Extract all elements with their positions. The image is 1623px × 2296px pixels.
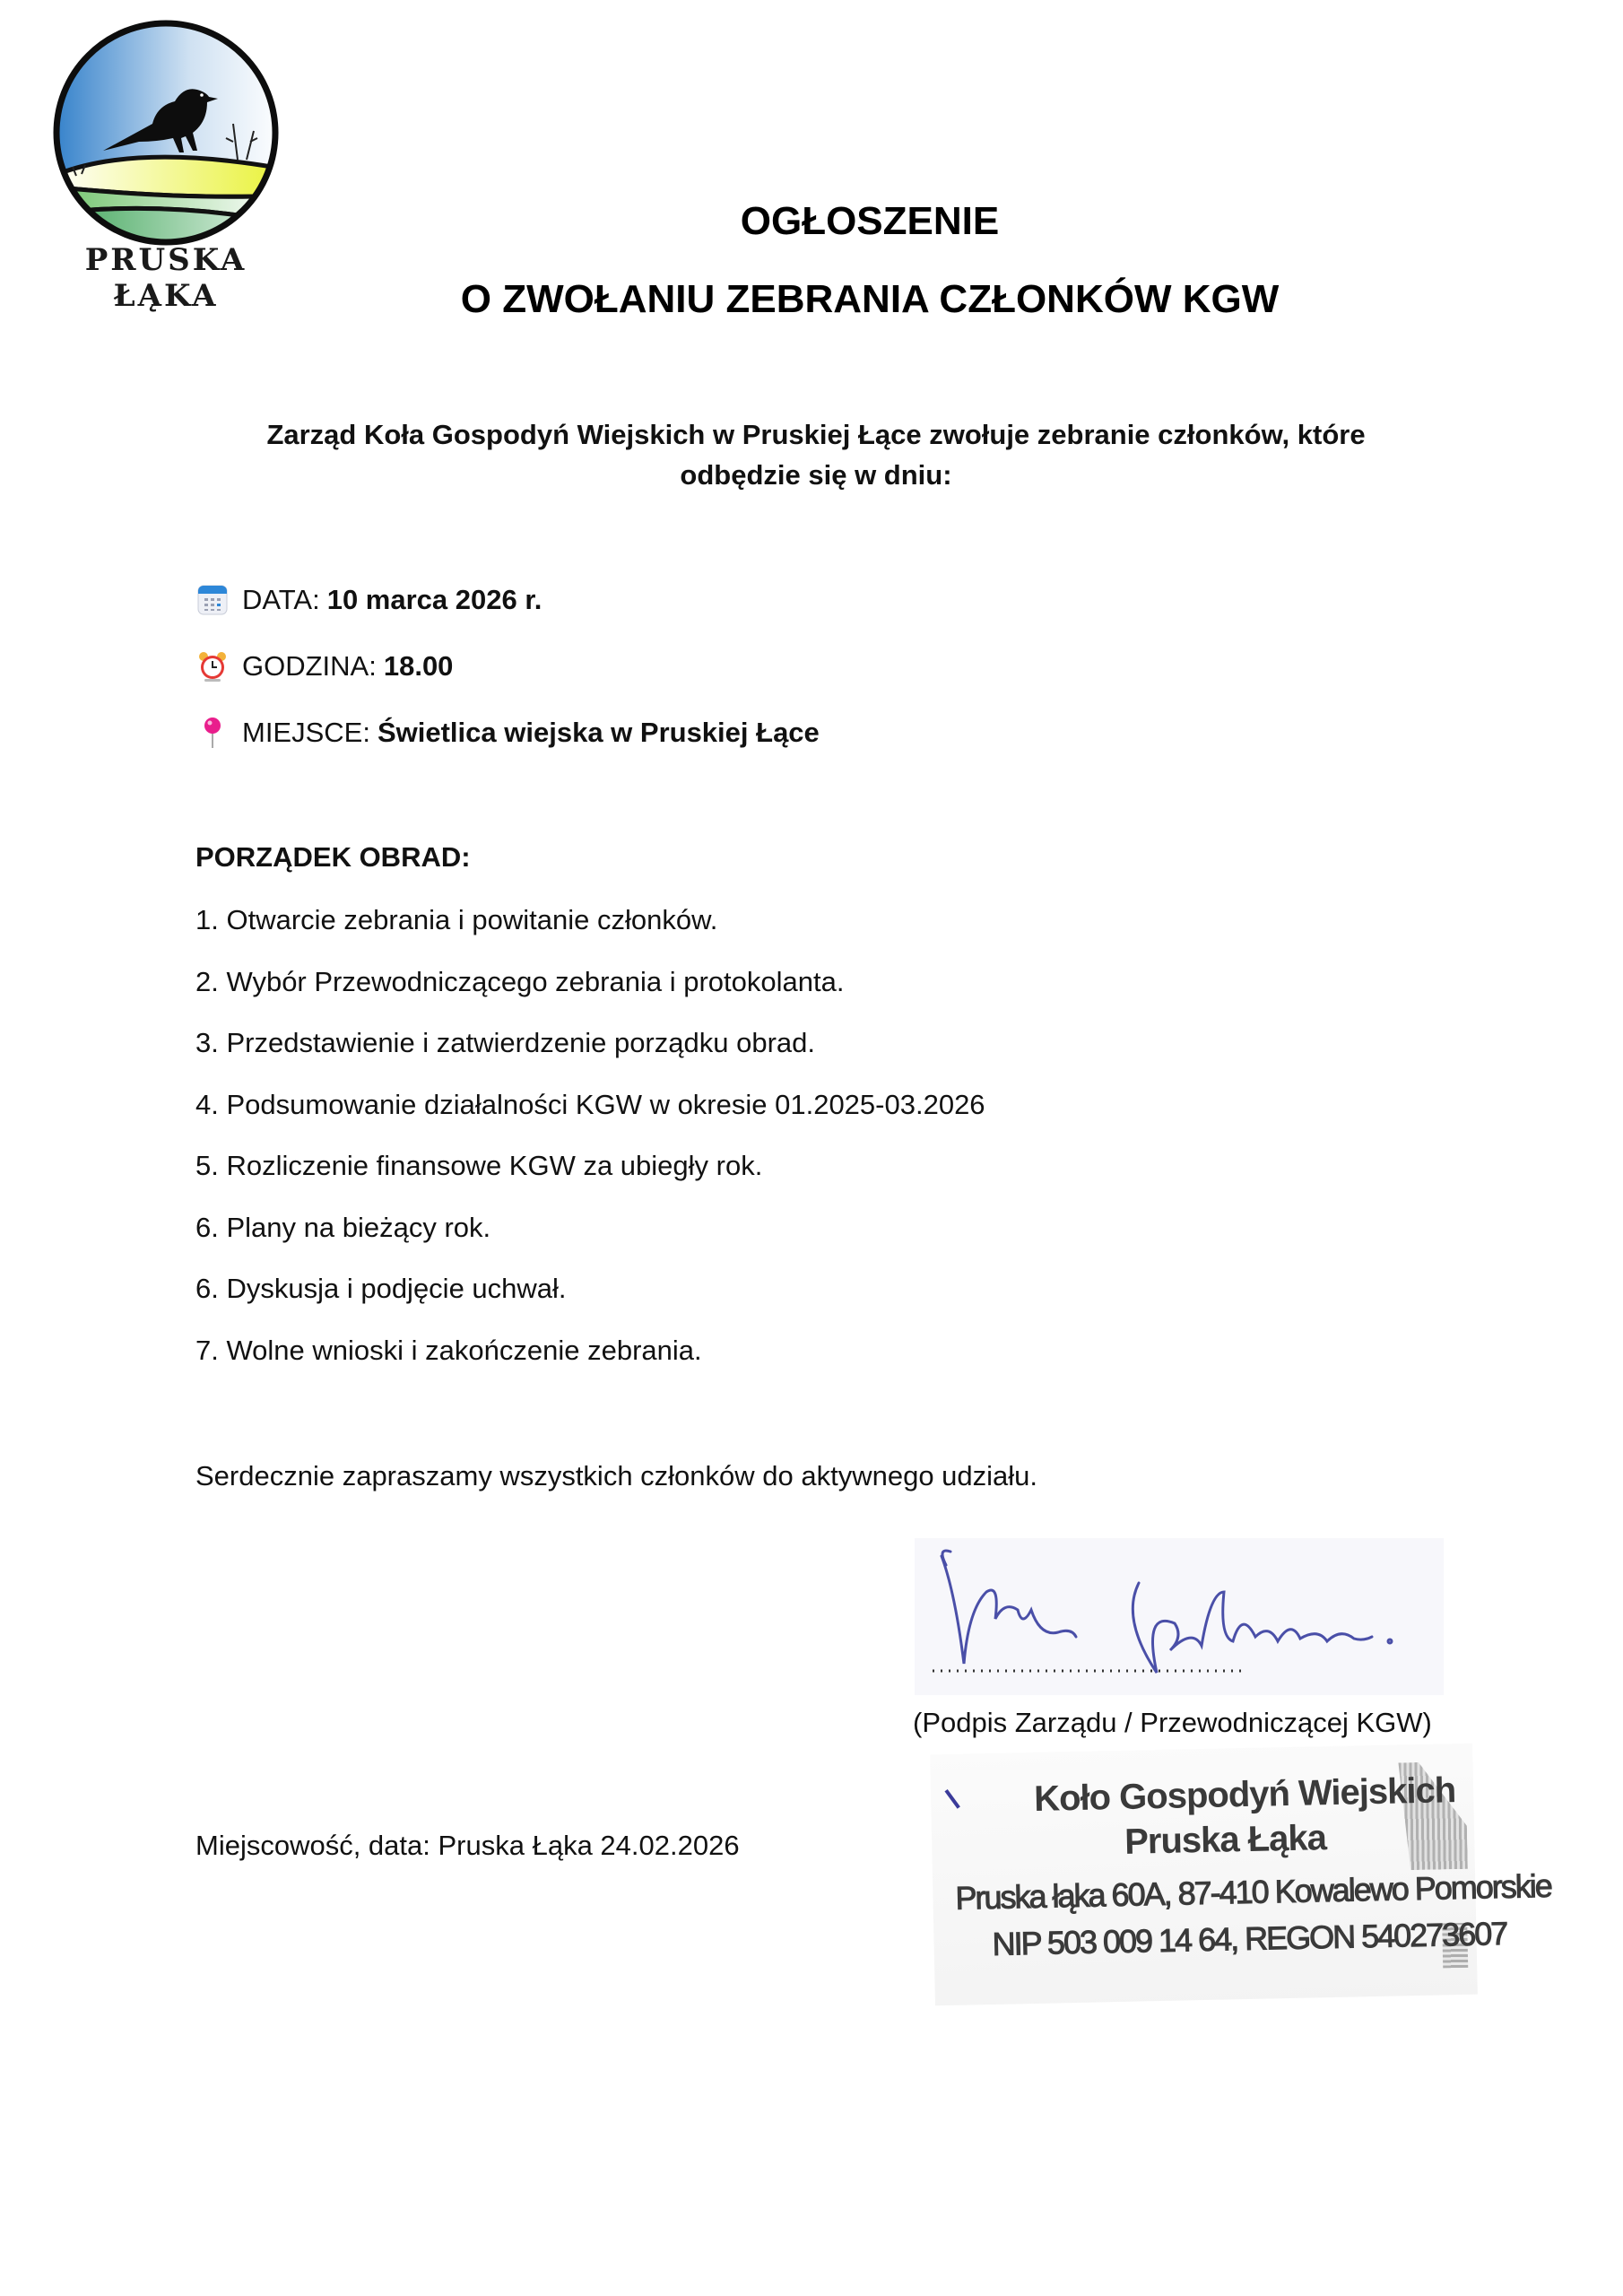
signature-scribble-icon [915, 1538, 1444, 1695]
stamp-line-1: Koło Gospodyń Wiejskich [1034, 1770, 1456, 1820]
agenda-item: 5. Rozliczenie finansowe KGW za ubiegły … [195, 1150, 762, 1182]
meeting-place-label: MIEJSCE: [242, 717, 370, 749]
stamp-line-3: Pruska łąka 60A, 87-410 Kowalewo Pomorsk… [955, 1867, 1551, 1918]
meeting-date-value: 10 marca 2026 r. [327, 584, 542, 616]
intro-line-2: odbędzie się w dniu: [242, 455, 1390, 495]
agenda-item: 1. Otwarcie zebrania i powitanie członkó… [195, 904, 717, 936]
page-title: OGŁOSZENIE [0, 199, 1623, 244]
stamp-line-2: Pruska Łąka [1124, 1818, 1327, 1863]
intro-line-1: Zarząd Koła Gospodyń Wiejskich w Pruskie… [242, 414, 1390, 455]
stamp-line-4: NIP 503 009 14 64, REGON 540273607 [992, 1915, 1507, 1963]
ink-mark [944, 1789, 959, 1809]
calendar-icon [195, 583, 230, 617]
signature-caption: (Podpis Zarządu / Przewodniczącej KGW) [913, 1707, 1432, 1739]
organization-stamp: Koło Gospodyń Wiejskich Pruska Łąka Prus… [930, 1744, 1478, 2006]
agenda-item: 6. Dyskusja i podjęcie uchwał. [195, 1273, 567, 1305]
agenda-heading: PORZĄDEK OBRAD: [195, 841, 471, 874]
agenda-item: 7. Wolne wnioski i zakończenie zebrania. [195, 1335, 702, 1367]
place-and-date: Miejscowość, data: Pruska Łąka 24.02.202… [195, 1830, 740, 1862]
agenda-item: 3. Przedstawienie i zatwierdzenie porząd… [195, 1027, 815, 1059]
agenda-item: 6. Plany na bieżący rok. [195, 1212, 490, 1244]
alarm-clock-icon [195, 649, 230, 683]
agenda-item: 2. Wybór Przewodniczącego zebrania i pro… [195, 966, 844, 998]
agenda-item: 4. Podsumowanie działalności KGW w okres… [195, 1089, 985, 1121]
intro-paragraph: Zarząd Koła Gospodyń Wiejskich w Pruskie… [242, 414, 1390, 495]
meeting-time: GODZINA: 18.00 [195, 649, 453, 683]
pushpin-icon [195, 716, 230, 750]
handwritten-signature [915, 1538, 1444, 1695]
meeting-time-label: GODZINA: [242, 650, 377, 683]
meeting-date: DATA: 10 marca 2026 r. [195, 583, 542, 617]
meeting-date-label: DATA: [242, 584, 320, 616]
page-subtitle: O ZWOŁANIU ZEBRANIA CZŁONKÓW KGW [0, 277, 1623, 322]
meeting-place-value: Świetlica wiejska w Pruskiej Łące [378, 717, 820, 749]
meeting-time-value: 18.00 [384, 650, 454, 683]
meeting-place: MIEJSCE: Świetlica wiejska w Pruskiej Łą… [195, 716, 820, 750]
closing-invitation: Serdecznie zapraszamy wszystkich członkó… [195, 1460, 1037, 1492]
